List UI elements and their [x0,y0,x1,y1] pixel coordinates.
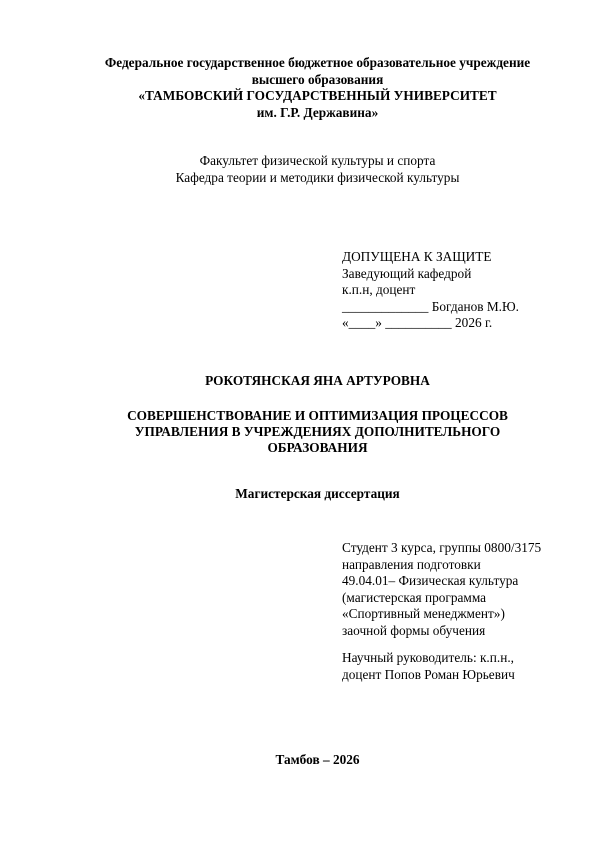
institution-line-2: высшего образования [90,72,545,89]
approval-title: ДОПУЩЕНА К ЗАЩИТЕ [342,249,572,266]
author-name: РОКОТЯНСКАЯ ЯНА АРТУРОВНА [90,373,545,389]
approval-position: Заведующий кафедрой [342,266,572,283]
supervisor-line: Научный руководитель: к.п.н., [342,650,572,667]
institution-header: Федеральное государственное бюджетное об… [90,55,545,121]
faculty-name: Факультет физической культуры и спорта [90,152,545,169]
student-info-line: «Спортивный менеджмент») [342,606,572,623]
faculty-block: Факультет физической культуры и спорта К… [90,152,545,186]
student-info-line: 49.04.01– Физическая культура [342,573,572,590]
student-info-line: направления подготовки [342,557,572,574]
university-name-suffix: им. Г.Р. Державина» [90,105,545,122]
department-name: Кафедра теории и методики физической кул… [90,169,545,186]
student-info-block: Студент 3 курса, группы 0800/3175 направ… [342,540,572,639]
supervisor-line: доцент Попов Роман Юрьевич [342,667,572,684]
student-info-line: (магистерская программа [342,590,572,607]
approval-degree: к.п.н, доцент [342,282,572,299]
thesis-title-line-1: СОВЕРШЕНСТВОВАНИЕ И ОПТИМИЗАЦИЯ ПРОЦЕССО… [90,408,545,424]
institution-line-1: Федеральное государственное бюджетное об… [90,55,545,72]
footer-city-year: Тамбов – 2026 [90,752,545,768]
author-block: РОКОТЯНСКАЯ ЯНА АРТУРОВНА [90,373,545,389]
work-type-block: Магистерская диссертация [90,486,545,502]
university-name: «ТАМБОВСКИЙ ГОСУДАРСТВЕННЫЙ УНИВЕРСИТЕТ [90,88,545,105]
city-year: Тамбов – 2026 [90,752,545,768]
work-type: Магистерская диссертация [90,486,545,502]
document-page: Федеральное государственное бюджетное об… [0,0,595,841]
approval-date-line: «____» __________ 2026 г. [342,315,572,332]
thesis-title-line-3: ОБРАЗОВАНИЯ [90,440,545,456]
approval-signature-line: _____________ Богданов М.Ю. [342,299,572,316]
thesis-title-line-2: УПРАВЛЕНИЯ В УЧРЕЖДЕНИЯХ ДОПОЛНИТЕЛЬНОГО [90,424,545,440]
approval-block: ДОПУЩЕНА К ЗАЩИТЕ Заведующий кафедрой к.… [342,249,572,332]
supervisor-block: Научный руководитель: к.п.н., доцент Поп… [342,650,572,683]
student-info-line: Студент 3 курса, группы 0800/3175 [342,540,572,557]
student-info-line: заочной формы обучения [342,623,572,640]
thesis-title: СОВЕРШЕНСТВОВАНИЕ И ОПТИМИЗАЦИЯ ПРОЦЕССО… [90,408,545,456]
